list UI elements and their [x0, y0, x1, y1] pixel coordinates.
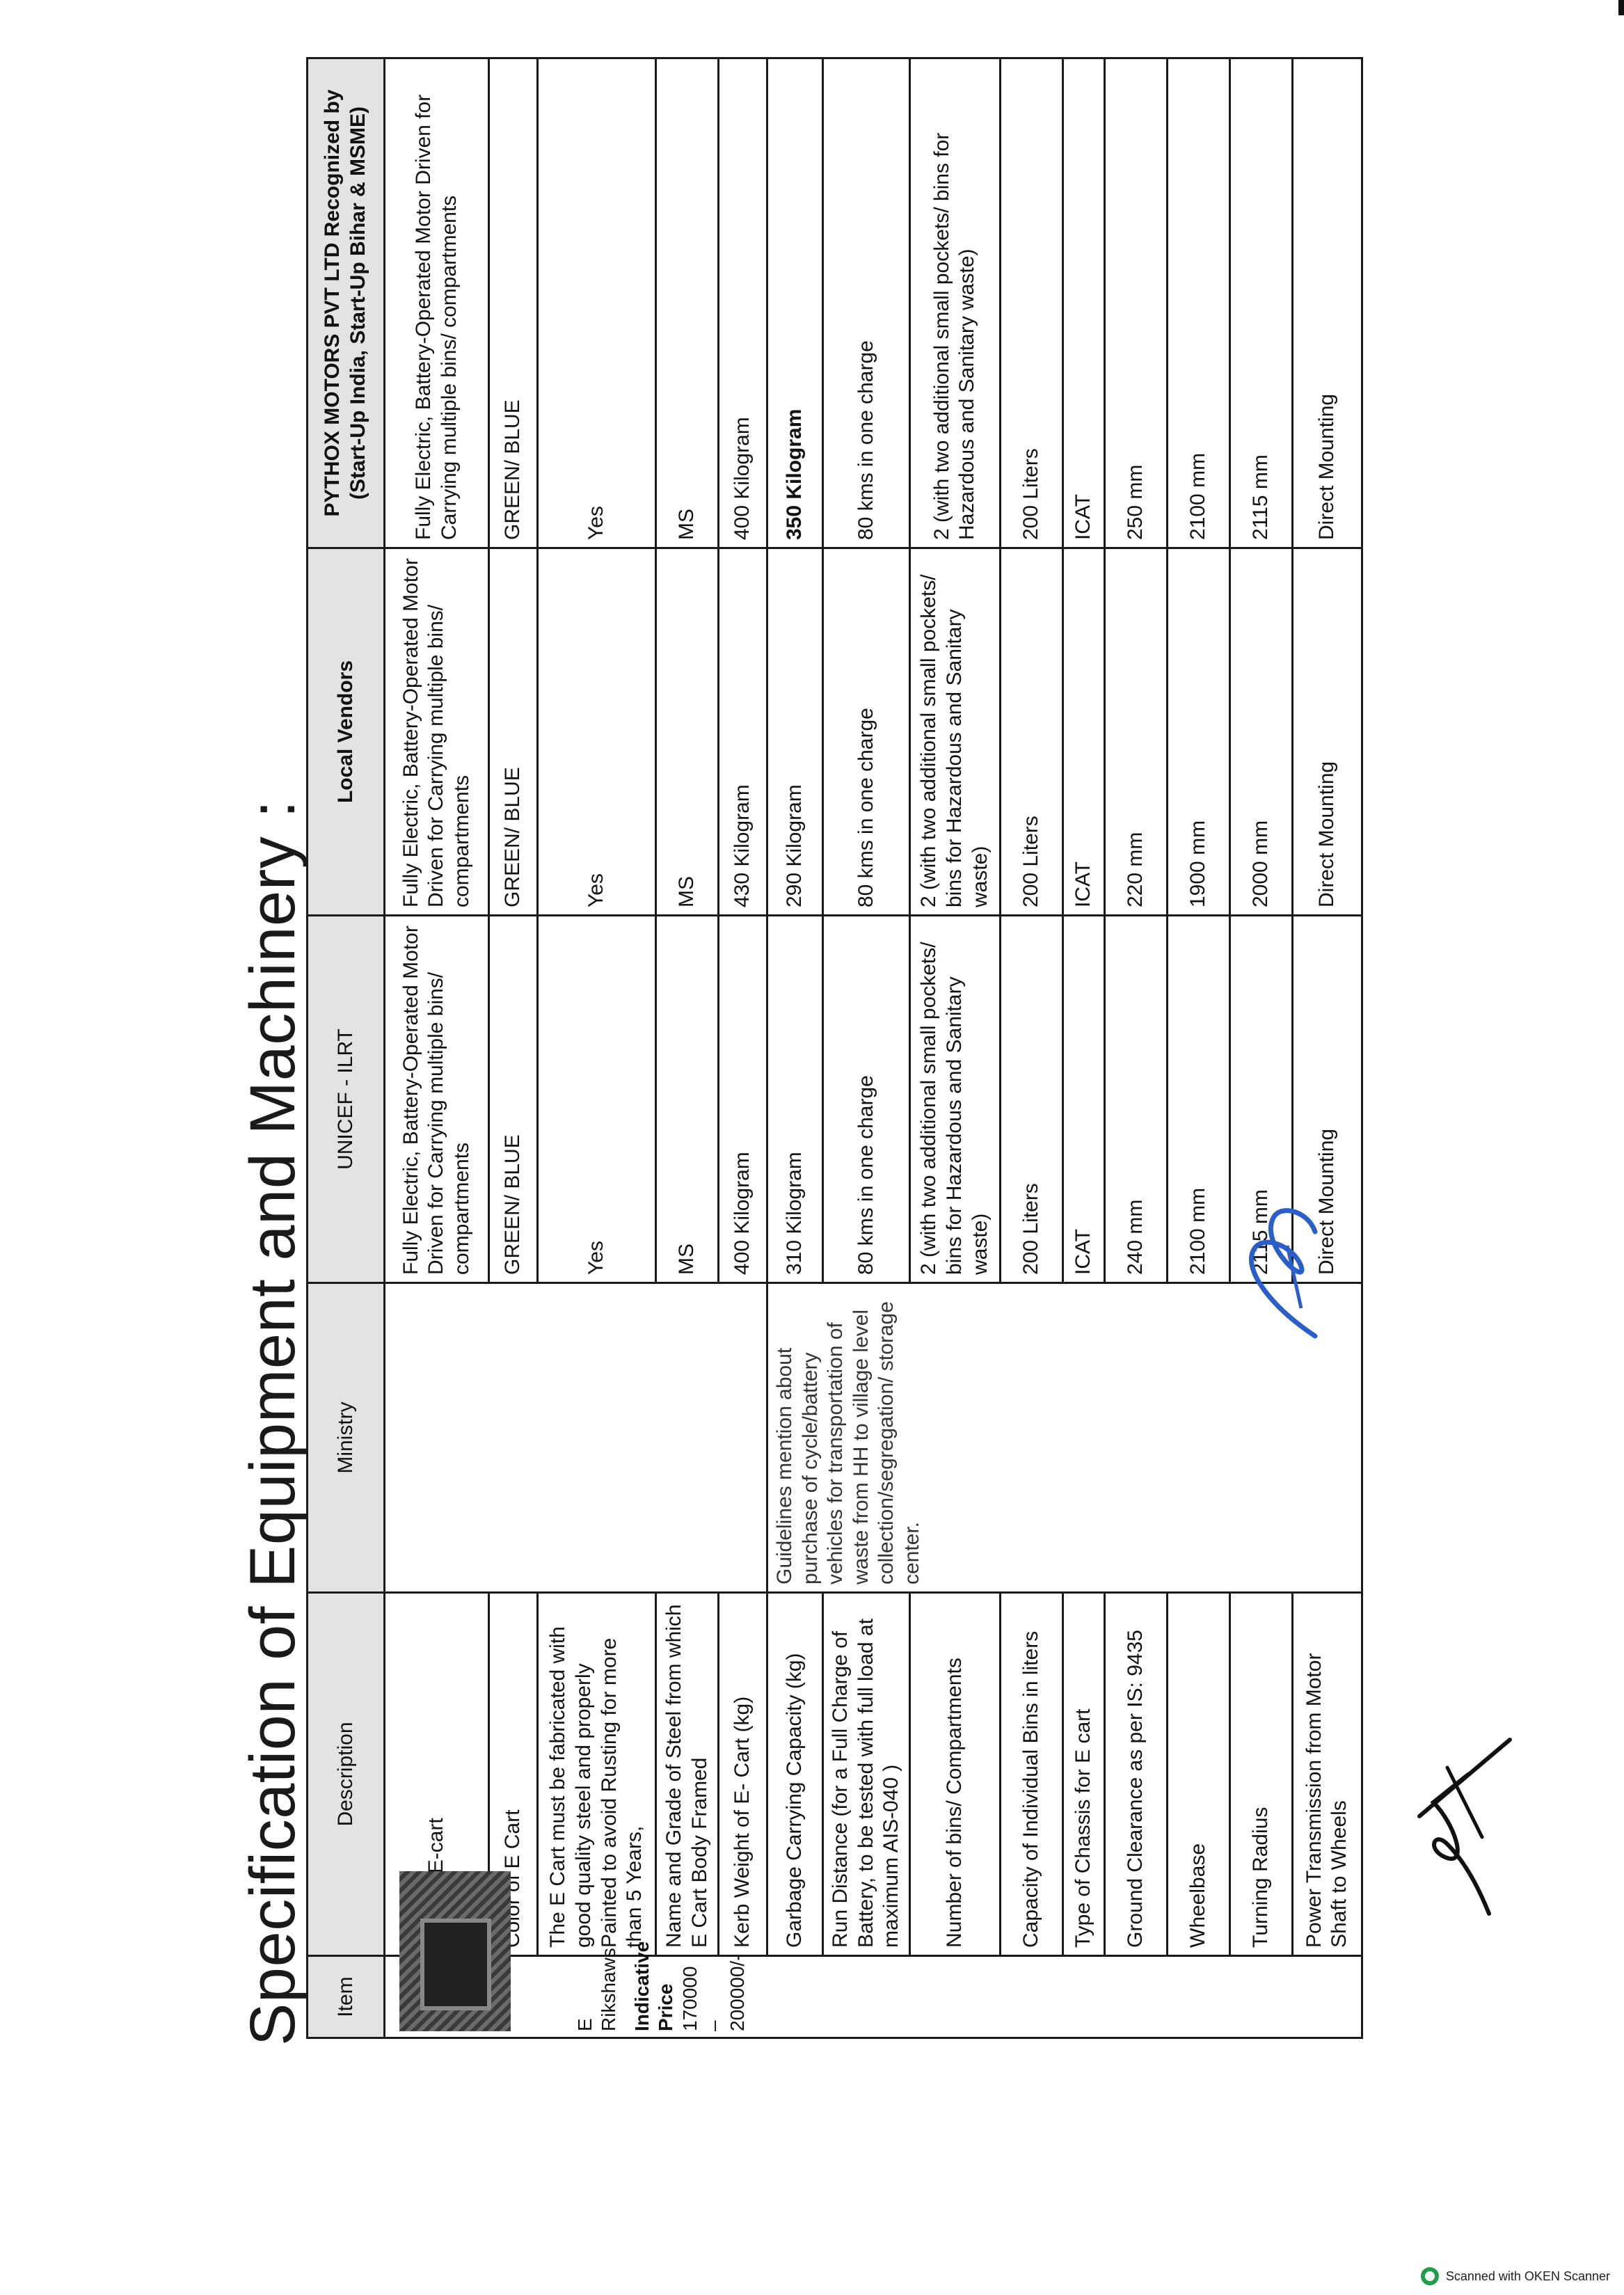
- table-row: Ground Clearance as per IS: 9435240 mm22…: [1104, 58, 1167, 2038]
- column-header-item: Item: [308, 1956, 385, 2038]
- local-vendor-cell: 290 Kilogram: [767, 548, 823, 916]
- unicef-cell: ICAT: [1062, 916, 1104, 1283]
- scanner-watermark: Scanned with OKEN Scanner: [1421, 2267, 1610, 2285]
- item-cell: E RikshawsIndicative Price170000 – 20000…: [385, 1956, 1362, 2038]
- local-vendor-cell: ICAT: [1062, 548, 1104, 916]
- local-vendor-cell: 2000 mm: [1229, 548, 1292, 916]
- pythox-cell: 80 kms in one charge: [823, 58, 910, 548]
- table-row: Turning Radius2115 mm2000 mm2115 mm: [1229, 58, 1292, 2038]
- column-header-description: Description: [308, 1593, 385, 1956]
- table-row: Name and Grade of Steel from which E Car…: [656, 58, 719, 2038]
- unicef-cell: Fully Electric, Battery-Operated Motor D…: [385, 916, 489, 1283]
- local-vendor-cell: MS: [656, 548, 719, 916]
- pythox-cell: GREEN/ BLUE: [489, 58, 538, 548]
- column-header-local-vendors: Local Vendors: [308, 548, 385, 916]
- local-vendor-cell: 220 mm: [1104, 548, 1167, 916]
- description-cell: Name and Grade of Steel from which E Car…: [656, 1593, 719, 1956]
- page-title: Specification of Equipment and Machinery…: [237, 800, 310, 2046]
- local-vendor-cell: Fully Electric, Battery-Operated Motor D…: [385, 548, 489, 916]
- item-name: E Rikshaws: [573, 1962, 621, 2031]
- table-row: Number of bins/ Compartments2 (with two …: [909, 58, 1000, 2038]
- unicef-cell: 2100 mm: [1167, 916, 1229, 1283]
- description-cell: Ground Clearance as per IS: 9435: [1104, 1593, 1167, 1956]
- pythox-cell: 2 (with two additional small pockets/ bi…: [909, 58, 1000, 548]
- table-row: Color of E CartGREEN/ BLUEGREEN/ BLUEGRE…: [489, 58, 538, 2038]
- pythox-cell: 400 Kilogram: [719, 58, 767, 548]
- pythox-cell: ICAT: [1062, 58, 1104, 548]
- local-vendor-cell: 80 kms in one charge: [823, 548, 910, 916]
- local-vendor-cell: 200 Liters: [1000, 548, 1062, 916]
- pythox-cell: Direct Mounting: [1292, 58, 1362, 548]
- description-cell: Capacity of Individual Bins in liters: [1000, 1593, 1062, 1956]
- pythox-cell: 350 Kilogram: [767, 58, 823, 548]
- pythox-cell: Fully Electric, Battery-Operated Motor D…: [385, 58, 489, 548]
- table-row: Garbage Carrying Capacity (kg)Guidelines…: [767, 58, 823, 2038]
- description-cell: The E Cart must be fabricated with good …: [538, 1593, 656, 1956]
- description-cell: Wheelbase: [1167, 1593, 1229, 1956]
- signature-black: [1406, 1712, 1531, 1921]
- table-row: E RikshawsIndicative Price170000 – 20000…: [385, 58, 489, 2038]
- oken-scanner-logo-icon: [1421, 2267, 1439, 2285]
- pythox-cell: MS: [656, 58, 719, 548]
- table-row: The E Cart must be fabricated with good …: [538, 58, 656, 2038]
- table-row: Wheelbase2100 mm1900 mm2100 mm: [1167, 58, 1229, 2038]
- description-cell: Kerb Weight of E- Cart (kg): [719, 1593, 767, 1956]
- table-row: Kerb Weight of E- Cart (kg)400 Kilogram4…: [719, 58, 767, 2038]
- local-vendor-cell: 2 (with two additional small pockets/ bi…: [909, 548, 1000, 916]
- table-row: Capacity of Individual Bins in liters200…: [1000, 58, 1062, 2038]
- pythox-cell: 2100 mm: [1167, 58, 1229, 548]
- table-header-row: Item Description Ministry UNICEF - ILRT …: [308, 58, 385, 2038]
- specification-table: Item Description Ministry UNICEF - ILRT …: [306, 57, 1363, 2039]
- unicef-cell: 400 Kilogram: [719, 916, 767, 1283]
- description-cell: Run Distance (for a Full Charge of Batte…: [823, 1593, 910, 1956]
- scan-edge-mark: [1618, 0, 1624, 15]
- item-price-value: 170000 – 200000/-: [679, 1954, 748, 2031]
- ministry-cell: [385, 1283, 767, 1593]
- table-row: Type of Chassis for E cartICATICATICAT: [1062, 58, 1104, 2038]
- table-row: Power Transmission from Motor Shaft to W…: [1292, 58, 1362, 2038]
- unicef-cell: 200 Liters: [1000, 916, 1062, 1283]
- column-header-ministry: Ministry: [308, 1283, 385, 1593]
- description-cell: Turning Radius: [1229, 1593, 1292, 1956]
- pythox-cell: 250 mm: [1104, 58, 1167, 548]
- document-page: Specification of Equipment and Machinery…: [209, 14, 1531, 2102]
- description-cell: Number of bins/ Compartments: [909, 1593, 1000, 1956]
- description-cell: Type of Chassis for E cart: [1062, 1593, 1104, 1956]
- pythox-cell: Yes: [538, 58, 656, 548]
- scanner-text: Scanned with OKEN Scanner: [1446, 2269, 1610, 2284]
- local-vendor-cell: Direct Mounting: [1292, 548, 1362, 916]
- unicef-cell: 310 Kilogram: [767, 916, 823, 1283]
- unicef-cell: 80 kms in one charge: [823, 916, 910, 1283]
- local-vendor-cell: 1900 mm: [1167, 548, 1229, 916]
- local-vendor-cell: GREEN/ BLUE: [489, 548, 538, 916]
- pythox-cell: 200 Liters: [1000, 58, 1062, 548]
- description-cell: Power Transmission from Motor Shaft to W…: [1292, 1593, 1362, 1956]
- unicef-cell: MS: [656, 916, 719, 1283]
- unicef-cell: GREEN/ BLUE: [489, 916, 538, 1283]
- e-rickshaw-photo: [399, 1871, 511, 2031]
- unicef-cell: 240 mm: [1104, 916, 1167, 1283]
- local-vendor-cell: Yes: [538, 548, 656, 916]
- description-cell: Garbage Carrying Capacity (kg): [767, 1593, 823, 1956]
- signature-blue: [1232, 1190, 1350, 1350]
- column-header-pythox: PYTHOX MOTORS PVT LTD Recognized by (Sta…: [308, 58, 385, 548]
- unicef-cell: Yes: [538, 916, 656, 1283]
- table-row: Run Distance (for a Full Charge of Batte…: [823, 58, 910, 2038]
- pythox-cell: 2115 mm: [1229, 58, 1292, 548]
- unicef-cell: 2 (with two additional small pockets/ bi…: [909, 916, 1000, 1283]
- item-price-label: Indicative Price: [630, 1962, 678, 2031]
- local-vendor-cell: 430 Kilogram: [719, 548, 767, 916]
- column-header-unicef: UNICEF - ILRT: [308, 916, 385, 1283]
